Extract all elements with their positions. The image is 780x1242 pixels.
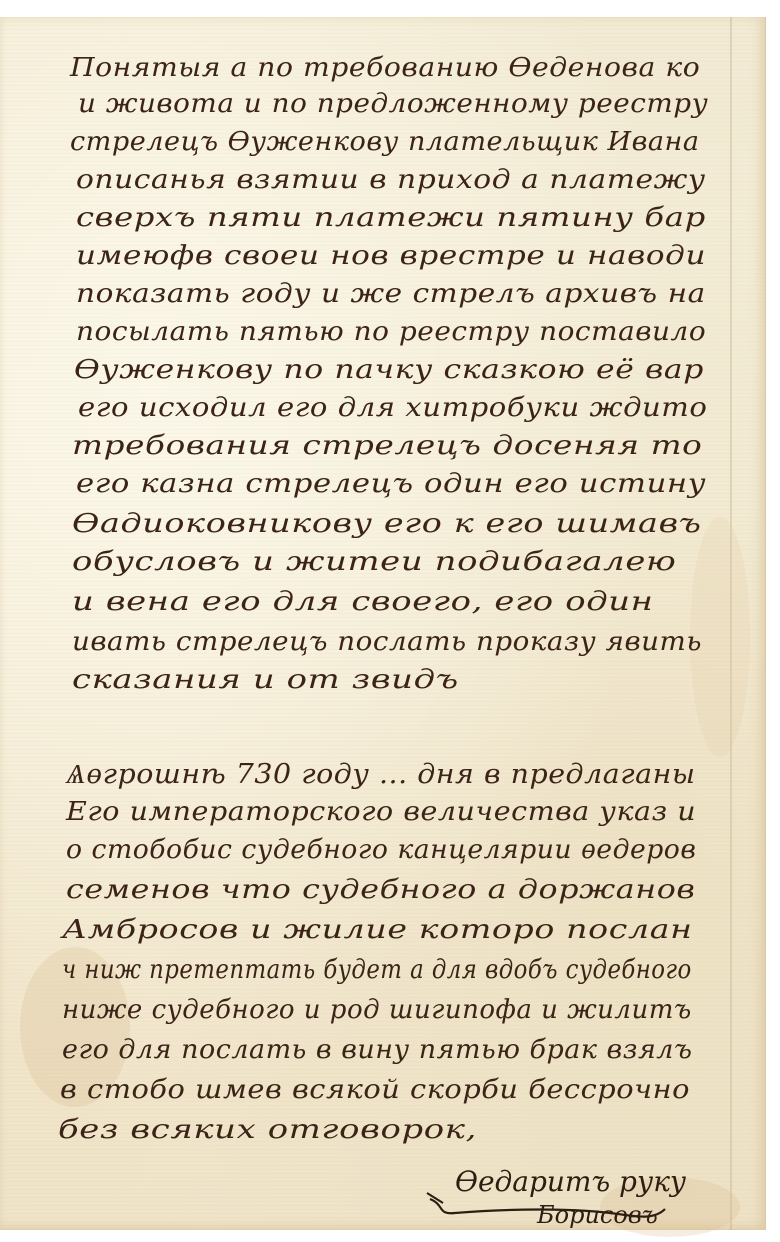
- text-line: Ѧѳгрошнѣ 730 году ... дня в предлаганы: [66, 761, 696, 788]
- signature-name: Ѳедаритъ руку: [455, 1165, 686, 1198]
- text-line: его исходил его для хитробуки ждито: [78, 395, 707, 421]
- text-line: имеюфв своеи нов врестре и наводи: [76, 243, 706, 269]
- text-line: обусловъ и житеи подибагалею: [72, 549, 676, 575]
- text-line: в стобо шмев всякой скорби бессрочно: [60, 1077, 690, 1103]
- text-line: требования стрелецъ досеняя то: [72, 433, 702, 459]
- text-line: его для послать в вину пятью брак взялъ: [62, 1037, 692, 1063]
- manuscript-page: Понятыя а по требованию Ѳеденова ко и жи…: [0, 17, 766, 1230]
- text-line: описанья взятии в приход а платежу: [76, 167, 706, 193]
- text-line: семенов что судебного а доржанов: [66, 877, 695, 903]
- text-line: без всяких отговорок,: [58, 1117, 477, 1143]
- text-line: Ѳуженкову по пачку сказкою её вар: [74, 357, 704, 383]
- text-line: сказания и от звидъ: [72, 667, 459, 693]
- text-line: показать году и же стрелъ архивъ на: [76, 281, 706, 307]
- text-line: и живота и по предложенному реестру: [78, 91, 708, 117]
- text-line: его казна стрелецъ один его истину: [76, 471, 706, 497]
- text-line: посылать пятью по реестру поставило: [76, 319, 706, 345]
- text-line: ниже судебного и род шигипофа и жилитъ: [62, 997, 692, 1023]
- text-line: и вена его для своего, его один: [72, 589, 654, 615]
- text-line: Амбросов и жилие которо послан: [62, 917, 693, 943]
- text-line: Понятыя а по требованию Ѳеденова ко: [70, 55, 700, 81]
- text-line: ч ниж претептать будет а для вдобъ судеб…: [62, 957, 692, 983]
- text-line: о стобобис судебного канцелярии ѳедеров: [66, 837, 696, 863]
- signature: Ѳедаритъ руку Борисовъ: [425, 1165, 715, 1242]
- text-line: сверхъ пяти платежи пятину бар: [76, 205, 706, 231]
- text-line: стрелецъ Ѳуженкову плательщик Ивана: [70, 129, 700, 155]
- text-line: Ѳадиоковникову его к его шимавъ: [72, 511, 701, 537]
- text-line: ивать стрелецъ послать проказу явить: [72, 629, 702, 655]
- signature-surname: Борисовъ: [537, 1201, 658, 1229]
- text-line: Его императорского величества указ и: [66, 799, 696, 825]
